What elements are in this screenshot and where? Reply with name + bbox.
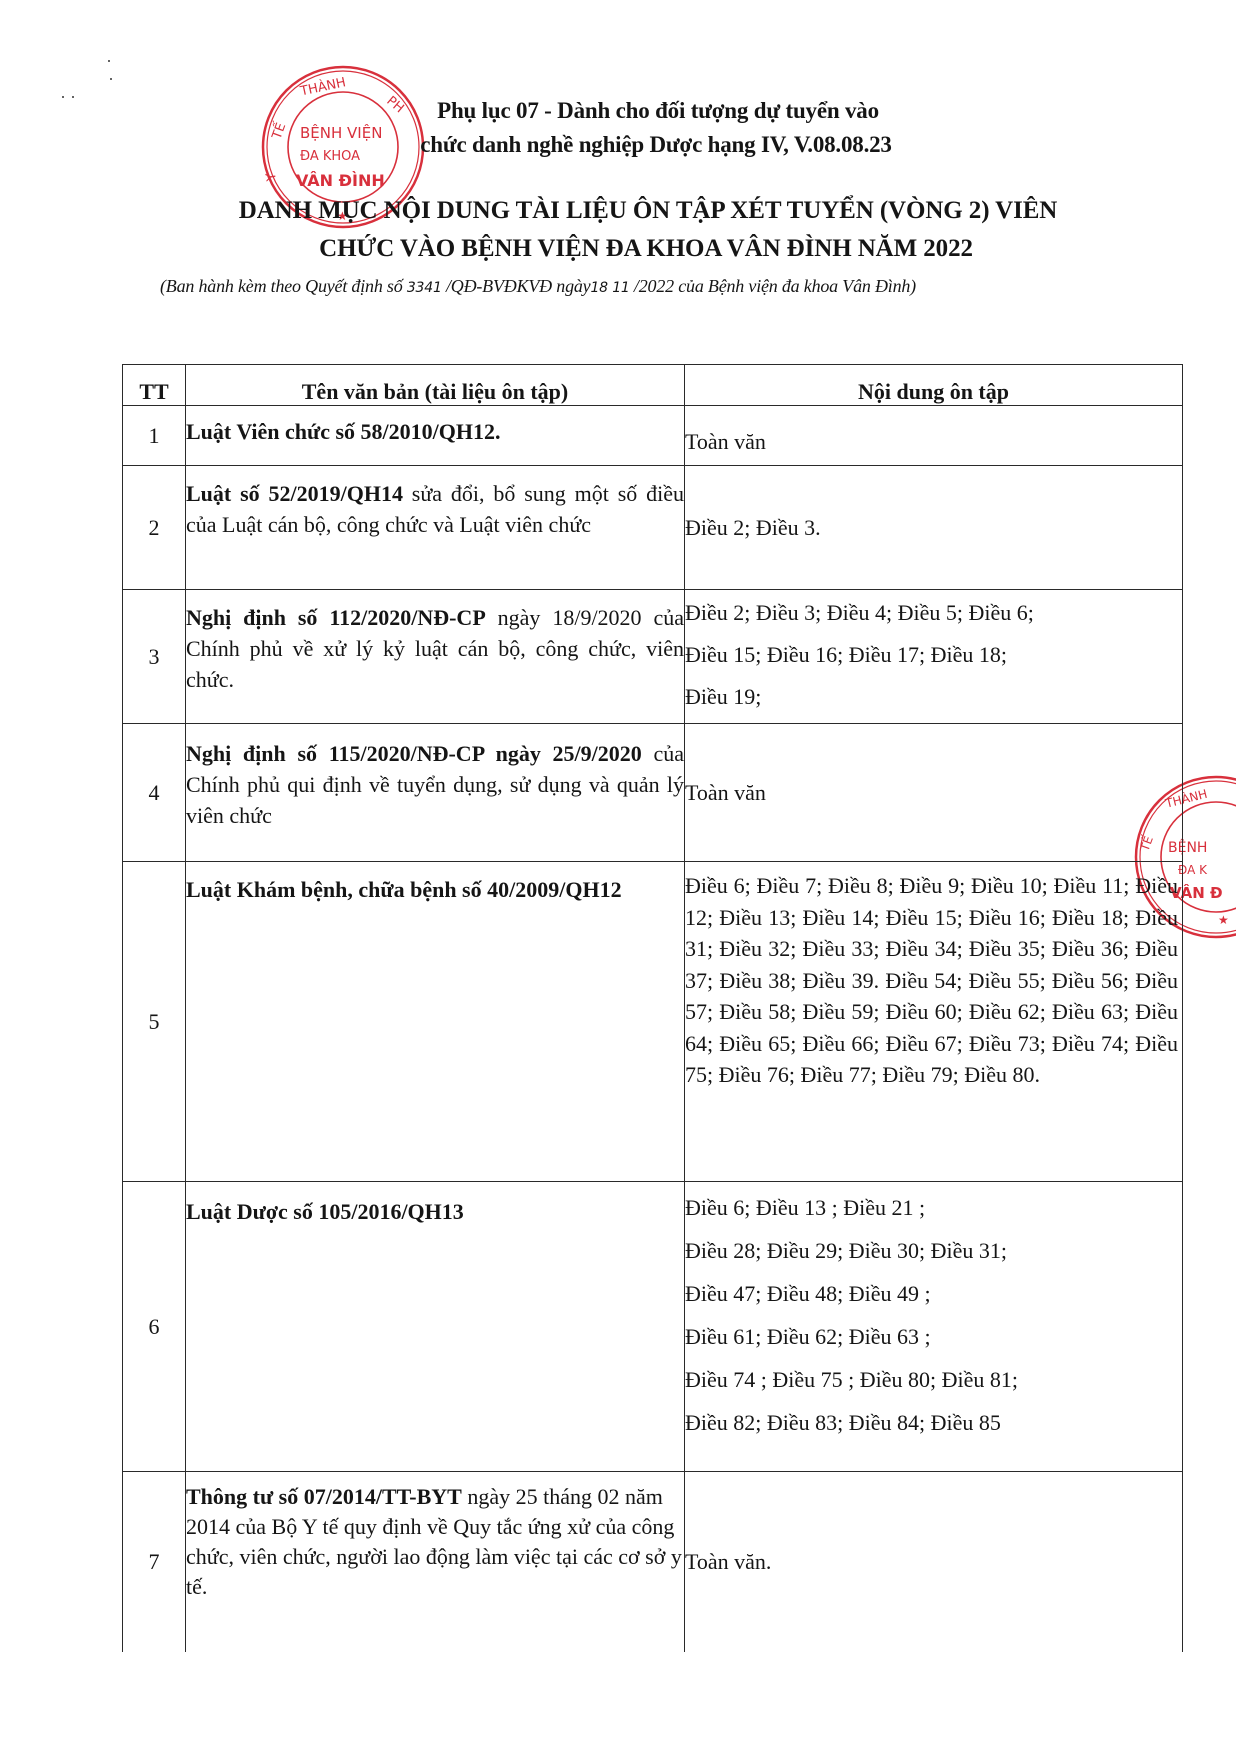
handwritten-decision-number: 3341 [407,280,442,296]
review-content: Toàn văn [685,406,1183,466]
annex-title-line-2: chức danh nghề nghiệp Dược hạng IV, V.08… [38,132,1236,158]
table-row: 7 Thông tư số 07/2014/TT-BYT ngày 25 thá… [123,1472,1183,1652]
table-row: 5 Luật Khám bệnh, chữa bệnh số 40/2009/Q… [123,862,1183,1182]
review-content: Điều 2; Điều 3; Điều 4; Điều 5; Điều 6; … [685,590,1183,724]
document-name: Luật số 52/2019/QH14 sửa đổi, bổ sung mộ… [186,466,685,590]
svg-text:VÂN ĐÌNH: VÂN ĐÌNH [296,171,385,190]
review-content: Toàn văn [685,724,1183,862]
document-name: Luật Viên chức số 58/2010/QH12. [186,406,685,466]
row-number: 6 [123,1182,186,1472]
svg-text:Y: Y [264,171,280,182]
table-row: 3 Nghị định số 112/2020/NĐ-CP ngày 18/9/… [123,590,1183,724]
table-row: 1 Luật Viên chức số 58/2010/QH12. Toàn v… [123,406,1183,466]
row-number: 2 [123,466,186,590]
handwritten-month: 11 [612,280,629,296]
document-title-line-2: CHỨC VÀO BỆNH VIỆN ĐA KHOA VÂN ĐÌNH NĂM … [28,235,1236,263]
document-name: Luật Khám bệnh, chữa bệnh số 40/2009/QH1… [186,862,685,1182]
table-row: 6 Luật Dược số 105/2016/QH13 Điều 6; Điề… [123,1182,1183,1472]
document-name: Thông tư số 07/2014/TT-BYT ngày 25 tháng… [186,1472,685,1652]
column-header-review-content: Nội dung ôn tập [685,365,1183,406]
review-materials-table: TT Tên văn bản (tài liệu ôn tập) Nội dun… [122,364,1183,1652]
document-name: Luật Dược số 105/2016/QH13 [186,1182,685,1472]
row-number: 7 [123,1472,186,1652]
column-header-tt: TT [123,365,186,406]
svg-text:THÀNH: THÀNH [298,74,347,99]
review-content: Điều 6; Điều 13 ; Điều 21 ; Điều 28; Điề… [685,1182,1183,1472]
review-content: Toàn văn. [685,1472,1183,1652]
document-name: Nghị định số 112/2020/NĐ-CP ngày 18/9/20… [186,590,685,724]
handwritten-day: 18 [590,280,607,296]
annex-title-line-1: Phụ lục 07 - Dành cho đối tượng dự tuyển… [40,98,1236,124]
row-number: 1 [123,406,186,466]
review-content: Điều 6; Điều 7; Điều 8; Điều 9; Điều 10;… [685,862,1183,1182]
review-content: Điều 2; Điều 3. [685,466,1183,590]
table-row: 2 Luật số 52/2019/QH14 sửa đổi, bổ sung … [123,466,1183,590]
document-page: THÀNH PH TẾ Y BỆNH VIỆN ĐA KHOA VÂN ĐÌNH… [0,0,1236,1755]
row-number: 4 [123,724,186,862]
document-name: Nghị định số 115/2020/NĐ-CP ngày 25/9/20… [186,724,685,862]
svg-text:★: ★ [1218,913,1229,927]
row-number: 3 [123,590,186,724]
issuance-note: (Ban hành kèm theo Quyết định số 3341 /Q… [160,276,1160,297]
table-row: 4 Nghị định số 115/2020/NĐ-CP ngày 25/9/… [123,724,1183,862]
document-title-line-1: DANH MỤC NỘI DUNG TÀI LIỆU ÔN TẬP XÉT TU… [30,197,1236,225]
column-header-document-name: Tên văn bản (tài liệu ôn tập) [186,365,685,406]
table-header-row: TT Tên văn bản (tài liệu ôn tập) Nội dun… [123,365,1183,406]
row-number: 5 [123,862,186,1182]
